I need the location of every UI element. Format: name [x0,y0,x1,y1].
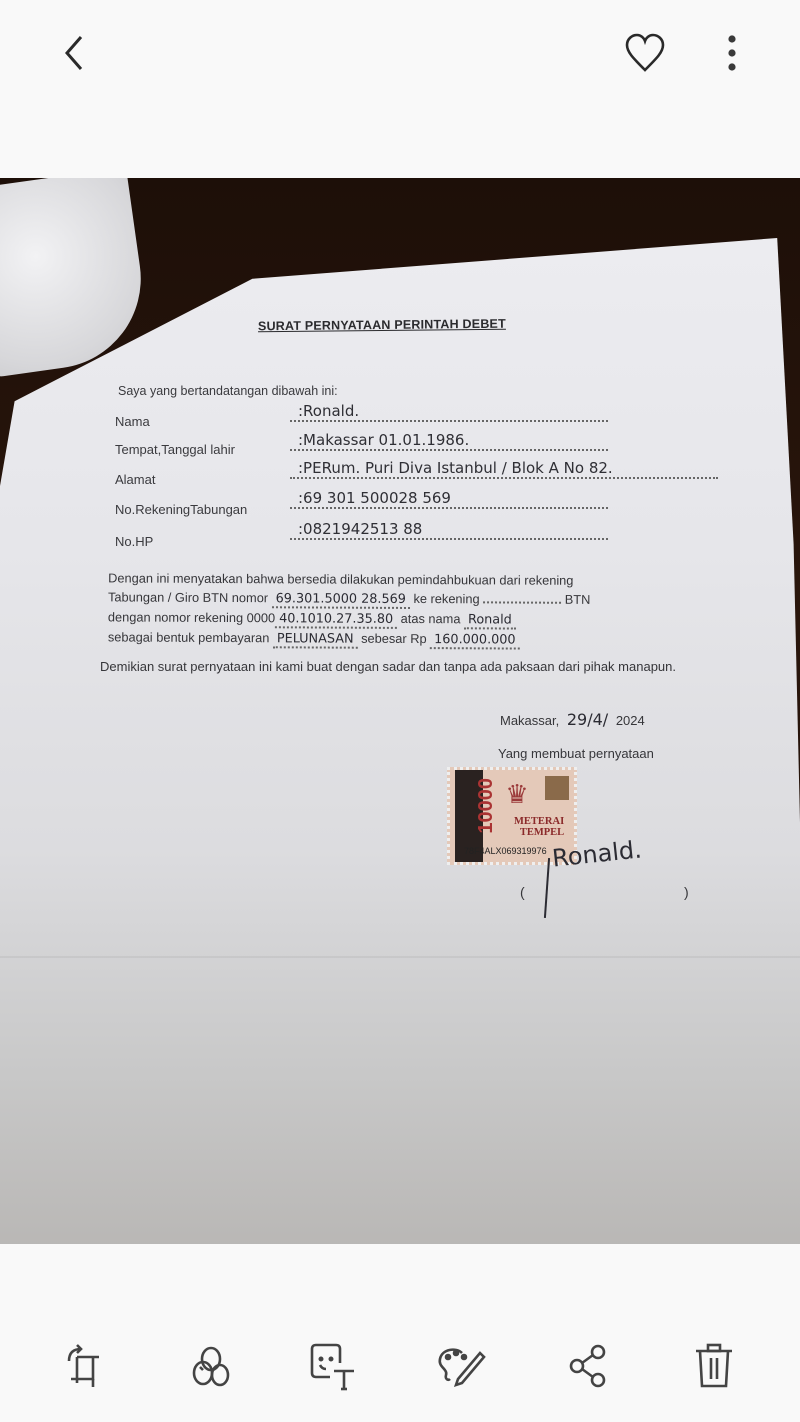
filters-button[interactable] [181,1336,241,1396]
statement-text: BTN [565,592,591,607]
stamp-label-line-1: METERAI [514,816,564,827]
place-date: Makassar, 29/4/ 2024 [500,710,645,729]
more-vertical-icon [726,33,738,73]
paren-open: ( [520,884,525,900]
signature-stroke [544,858,550,918]
year-text: 2024 [616,713,645,728]
maker-label: Yang membuat pernyataan [498,746,654,761]
field-label-name: Nama [115,414,150,429]
back-button[interactable] [50,28,100,78]
statement-text: ke rekening [413,591,479,606]
field-value-birth: :Makassar 01.01.1986. [290,431,608,451]
favorite-button[interactable] [618,28,672,78]
closing-paragraph: Demikian surat pernyataan ini kami buat … [100,656,730,677]
source-account: 69.301.5000 28.569 [272,591,410,609]
statement-text: sebagai bentuk pembayaran [108,629,270,645]
date-handwritten: 29/4/ [563,710,612,729]
top-app-bar [0,0,800,178]
target-account: 40.1010.27.35.80 [275,611,397,629]
statement-paragraph: Dengan ini menyatakan bahwa bersedia dil… [108,568,718,650]
statement-text: Tabungan / Giro BTN nomor [108,589,268,605]
crop-rotate-button[interactable] [55,1336,115,1396]
blank-field [483,601,561,603]
field-label-address: Alamat [115,472,155,487]
payment-type: PELUNASAN [273,631,358,648]
document-intro: Saya yang bertandatangan dibawah ini: [118,384,338,398]
garuda-emblem-icon: ♛ [502,776,532,812]
stamp-label-line-2: TEMPEL [514,827,564,838]
sticker-text-button[interactable] [303,1336,363,1396]
stamp-hologram [545,776,569,800]
stamp-label: METERAI TEMPEL [514,816,564,838]
account-name: Ronald [464,612,516,629]
more-options-button[interactable] [712,28,752,78]
payment-amount: 160.000.000 [430,632,520,649]
document-content: SURAT PERNYATAAN PERINTAH DEBET Saya yan… [0,178,800,1244]
delete-button[interactable] [684,1336,744,1396]
paren-close: ) [684,884,689,900]
field-label-birth: Tempat,Tanggal lahir [115,442,235,457]
photo-viewer[interactable]: SURAT PERNYATAAN PERINTAH DEBET Saya yan… [0,178,800,1244]
statement-text: dengan nomor rekening 0000 [108,609,275,625]
draw-button[interactable] [432,1336,492,1396]
palette-brush-icon [436,1343,488,1389]
field-value-phone: :0821942513 88 [290,520,608,540]
field-value-account: :69 301 500028 569 [290,489,608,509]
sticker-text-icon [308,1341,358,1391]
statement-text: atas nama [401,611,461,626]
heart-outline-icon [623,32,667,74]
share-icon [568,1343,608,1389]
chevron-left-icon [60,33,90,73]
field-value-name: :Ronald. [290,402,608,422]
statement-line-4: sebagai bentuk pembayaran PELUNASAN sebe… [108,627,718,650]
statement-text: sebesar Rp [361,631,427,646]
trash-icon [693,1343,735,1389]
field-label-account: No.RekeningTabungan [115,502,247,517]
stamp-serial: 78F4ALX069319976 [464,846,547,856]
document-title: SURAT PERNYATAAN PERINTAH DEBET [258,317,506,334]
place-text: Makassar, [500,713,559,728]
bottom-toolbar [0,1244,800,1422]
share-button[interactable] [558,1336,618,1396]
field-value-address: :PERum. Puri Diva Istanbul / Blok A No 8… [290,459,718,479]
stamp-denomination: 10000 [475,778,495,834]
field-label-phone: No.HP [115,534,153,549]
filter-circles-icon [188,1343,234,1389]
crop-rotate-icon [63,1343,107,1389]
